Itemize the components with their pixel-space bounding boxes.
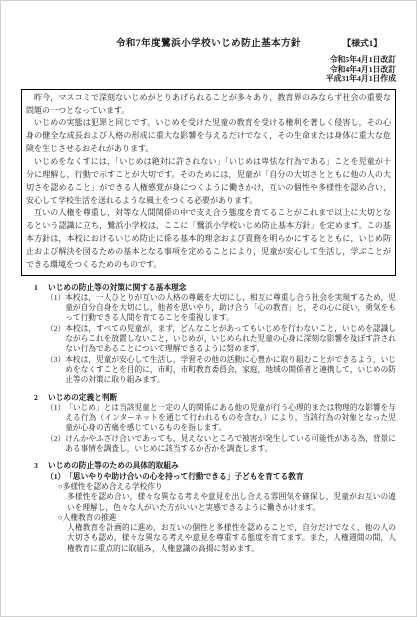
section-3-title: いじめの防止等のための具体的取組み [48, 461, 179, 471]
section-basic-principles: 1 いじめの防止等の対策に関する基本理念 （1） 本校は，一人ひとりが互いの人格… [34, 283, 396, 386]
section-2-items: （1） 「いじめ」とは当該児童と一定の人的関係にある他の児童が行う心理的または物… [46, 403, 396, 454]
preamble-paragraph-4: 互いの人権を尊重し，対等な人間関係の中で支え合う態度を育てることがこれまで以上に… [26, 207, 391, 271]
item-label: （1） [46, 403, 65, 434]
bullet-title-text: 多様性を認め合える学校作り [63, 482, 163, 492]
document-header: 令和7年度鷺浜小学校いじめ防止基本方針 【様式1】 [21, 35, 396, 49]
section-3-heading: 3 いじめの防止等のための具体的取組み [34, 461, 396, 471]
revision-dates: 令和5年4月1日改訂 令和4年4月1日改訂 平成31年4月1日作成 [21, 55, 396, 84]
item-label: （1） [46, 472, 65, 482]
section-2-title: いじめの定義と判断 [48, 393, 117, 403]
item-text: 本校は，児童が安心して生活し，学習その他の活動に心豊かに取り組むことができるよう… [65, 355, 396, 386]
subsection-heading: （1） 「思いやりや助け合いの心を持って行動できる」子どもを育てる教育 [46, 472, 396, 482]
bullet-title-text: 人権教育の推進 [63, 513, 117, 523]
list-item: （1） 本校は，一人ひとりが互いの人格の尊厳を大切にし，相互に尊重し合う社会を実… [46, 293, 396, 324]
list-item: （1） 「いじめ」とは当該児童と一定の人的関係にある他の児童が行う心理的または物… [46, 403, 396, 434]
section-1-heading: 1 いじめの防止等の対策に関する基本理念 [34, 283, 396, 293]
bullet-item: ○ 多様性を認め合える学校作り [58, 482, 396, 492]
revision-date-2: 令和4年4月1日改訂 [21, 65, 396, 75]
list-item: （2） けんかやふざけ合いであっても，見えないところで被害が発生している可能性が… [46, 434, 396, 455]
revision-date-3: 平成31年4月1日作成 [21, 74, 396, 84]
list-item: （2） 本校は，すべての児童が，まず，どんなことがあってもいじめを行わないこと，… [46, 324, 396, 355]
preamble-paragraph-3: いじめをなくすには，「いじめは絶対に許されない」「いじめは卑怯な行為である」こと… [26, 156, 391, 207]
bullet-item: ○ 人権教育の推進 [58, 513, 396, 523]
item-text: 本校は，すべての児童が，まず，どんなことがあってもいじめを行わないこと，いじめを… [65, 324, 396, 355]
page-title: 令和7年度鷺浜小学校いじめ防止基本方針 [21, 35, 396, 49]
preamble-box: 昨今，マスコミで深刻ないじめがとりあげられることが多々あり，教育界のみならず社会… [21, 89, 396, 276]
preamble-paragraph-2: いじめの実態は犯罪と同じです。いじめを受けた児童の教育を受ける権利を著しく侵害し… [26, 117, 391, 156]
list-item: （3） 本校は，児童が安心して生活し，学習その他の活動に心豊かに取り組むことがで… [46, 355, 396, 386]
item-label: （2） [46, 324, 65, 355]
bullet-body-text: 多様性を認め合い，様々な異なる考えや意見を出し合える雰囲気を確保し，児童がお互い… [67, 492, 396, 513]
form-number-label: 【様式1】 [342, 36, 382, 49]
document-page: 令和7年度鷺浜小学校いじめ防止基本方針 【様式1】 令和5年4月1日改訂 令和4… [0, 0, 417, 617]
subsection-bullets: ○ 多様性を認め合える学校作り 多様性を認め合い，様々な異なる考えや意見を出し合… [58, 482, 396, 554]
subsection-title: 「思いやりや助け合いの心を持って行動できる」子どもを育てる教育 [65, 472, 396, 482]
bullet-body-text: 人権教育を計画的に進め，お互いの個性と多様性を認めることで，自分だけでなく，他の… [67, 523, 396, 554]
item-label: （2） [46, 434, 65, 455]
item-label: （3） [46, 355, 65, 386]
section-3-items: （1） 「思いやりや助け合いの心を持って行動できる」子どもを育てる教育 ○ 多様… [46, 472, 396, 554]
section-concrete-measures: 3 いじめの防止等のための具体的取組み （1） 「思いやりや助け合いの心を持って… [34, 461, 396, 554]
item-text: 本校は，一人ひとりが互いの人格の尊厳を大切にし，相互に尊重し合う社会を実現するた… [65, 293, 396, 324]
section-1-items: （1） 本校は，一人ひとりが互いの人格の尊厳を大切にし，相互に尊重し合う社会を実… [46, 293, 396, 386]
section-1-number: 1 [34, 283, 48, 293]
section-3-number: 3 [34, 461, 48, 471]
item-text: けんかやふざけ合いであっても，見えないところで被害が発生している可能性がある為，… [65, 434, 396, 455]
section-2-number: 2 [34, 393, 48, 403]
section-1-title: いじめの防止等の対策に関する基本理念 [48, 283, 186, 293]
policy-sections: 1 いじめの防止等の対策に関する基本理念 （1） 本校は，一人ひとりが互いの人格… [34, 283, 396, 554]
section-2-heading: 2 いじめの定義と判断 [34, 393, 396, 403]
section-definition: 2 いじめの定義と判断 （1） 「いじめ」とは当該児童と一定の人的関係にある他の… [34, 393, 396, 455]
preamble-paragraph-1: 昨今，マスコミで深刻ないじめがとりあげられることが多々あり，教育界のみならず社会… [26, 92, 391, 118]
item-label: （1） [46, 293, 65, 324]
item-text: 「いじめ」とは当該児童と一定の人的関係にある他の児童が行う心理的または物理的な影… [65, 403, 396, 434]
revision-date-1: 令和5年4月1日改訂 [21, 55, 396, 65]
